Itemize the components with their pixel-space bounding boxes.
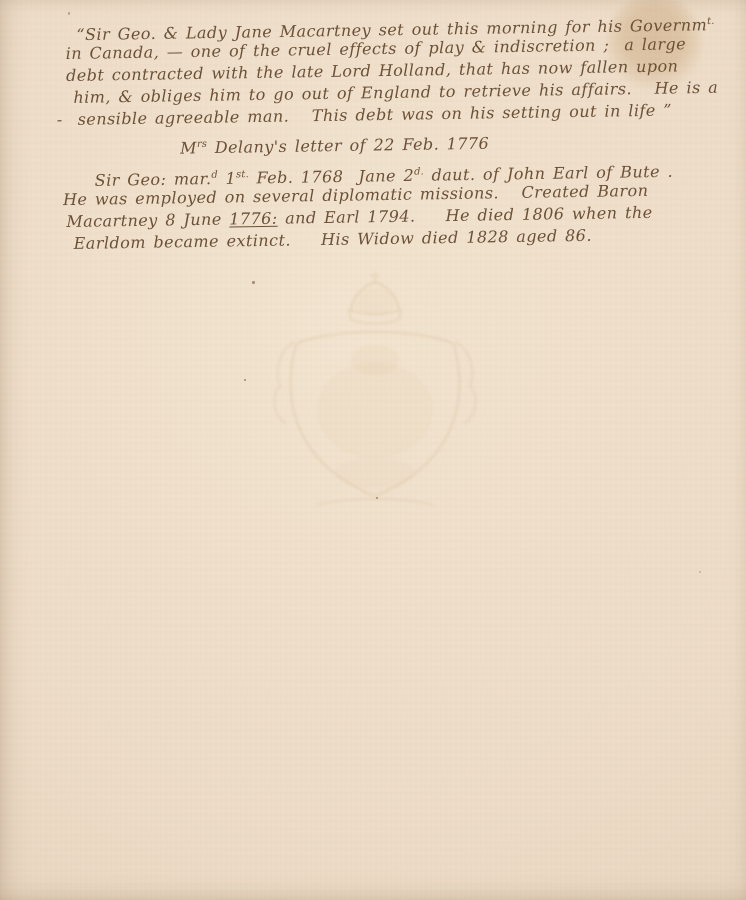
armorial-crest-watermark-icon (258, 258, 492, 523)
handwriting-segment: 1 (218, 169, 236, 188)
ink-speck (699, 571, 701, 573)
handwriting-segment: t. (707, 16, 715, 27)
handwriting-segment: Macartney 8 June (66, 209, 229, 231)
handwriting-segment: rs (197, 139, 207, 150)
handwriting-segment: d. (414, 166, 424, 177)
ink-speck (252, 281, 255, 284)
handwriting-segment: Delany's letter of 22 Feb. 1776 (207, 134, 489, 157)
handwriting-segment: 1776: (229, 209, 278, 229)
handwriting-segment: and Earl 1794. He died 1806 when the (277, 203, 652, 228)
handwritten-text-block: “Sir Geo. & Lady Jane Macartney set out … (60, 11, 712, 255)
ink-speck (376, 497, 378, 499)
ink-speck (68, 12, 70, 15)
ink-speck (244, 379, 246, 381)
handwriting-line: Mrs Delany's letter of 22 Feb. 1776 (62, 128, 607, 159)
handwriting-segment: M (180, 138, 197, 157)
manuscript-page: “Sir Geo. & Lady Jane Macartney set out … (0, 0, 746, 900)
handwriting-segment: st. (236, 169, 249, 180)
